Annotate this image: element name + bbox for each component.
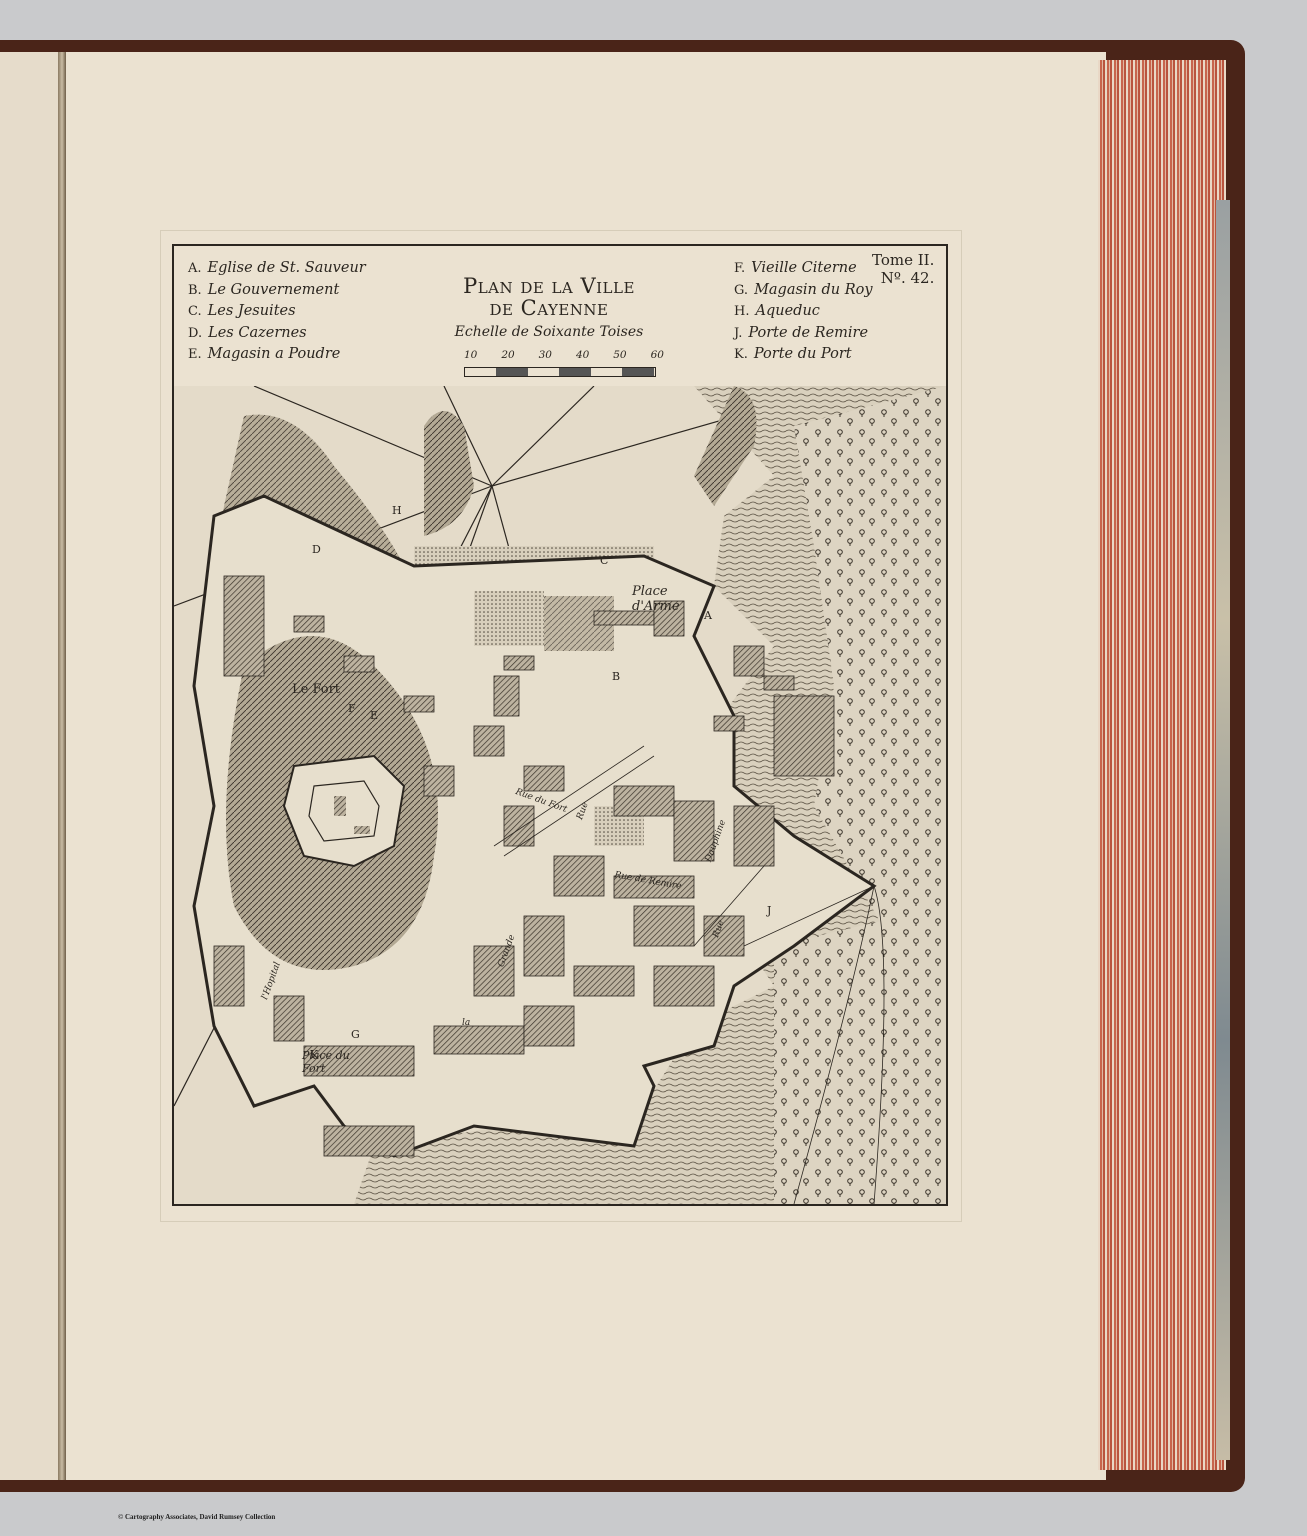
legend-item: B.Le Gouvernement: [188, 280, 366, 302]
legend-left: A.Eglise de St. Sauveur B.Le Gouvernemen…: [188, 258, 366, 366]
legend-item: G.Magasin du Roy: [734, 280, 873, 302]
legend-item: D.Les Cazernes: [188, 323, 366, 345]
map-drawing: [174, 386, 946, 1204]
map-area: Placed'Arme Le Fort Place duFort Rue du …: [174, 386, 946, 1204]
marker-e: E: [370, 709, 378, 722]
legend-item: A.Eglise de St. Sauveur: [188, 258, 366, 280]
scale-bar: [464, 367, 656, 377]
legend-item: F.Vieille Citerne: [734, 258, 873, 280]
marker-a: A: [704, 609, 712, 622]
left-page: [0, 52, 58, 1480]
marker-k: K: [310, 1048, 318, 1061]
legend-item: K.Porte du Port: [734, 344, 873, 366]
map-title: Plan de la Ville de Cayenne Echelle de S…: [424, 274, 674, 340]
label-le-fort: Le Fort: [292, 682, 340, 697]
scale-label: Echelle de Soixante Toises: [424, 324, 674, 340]
legend-item: H.Aqueduc: [734, 301, 873, 323]
marker-d: D: [312, 543, 321, 556]
marker-f: F: [348, 702, 356, 715]
marker-h: H: [392, 504, 402, 517]
legend-item: C.Les Jesuites: [188, 301, 366, 323]
legend-right: F.Vieille Citerne G.Magasin du Roy H.Aqu…: [734, 258, 873, 366]
label-la: la: [462, 1018, 470, 1028]
map-frame: A.Eglise de St. Sauveur B.Le Gouvernemen…: [172, 244, 948, 1206]
label-place-darme: Placed'Arme: [632, 584, 680, 614]
marker-c: C: [600, 554, 608, 567]
marker-j: J: [767, 904, 771, 917]
marker-g: G: [351, 1028, 360, 1041]
marbled-endpaper: [1216, 200, 1230, 1460]
credit-line: © Cartography Associates, David Rumsey C…: [118, 1513, 275, 1521]
cartouche: A.Eglise de St. Sauveur B.Le Gouvernemen…: [174, 246, 946, 389]
scale-ticks: 10 20 30 40 50 60: [464, 349, 664, 361]
volume-number: Tome II. Nº. 42.: [872, 251, 934, 287]
page-edges: [1098, 60, 1226, 1470]
book-gutter: [58, 52, 66, 1480]
legend-item: E.Magasin a Poudre: [188, 344, 366, 366]
legend-item: J.Porte de Remire: [734, 323, 873, 345]
marker-b: B: [612, 670, 620, 683]
